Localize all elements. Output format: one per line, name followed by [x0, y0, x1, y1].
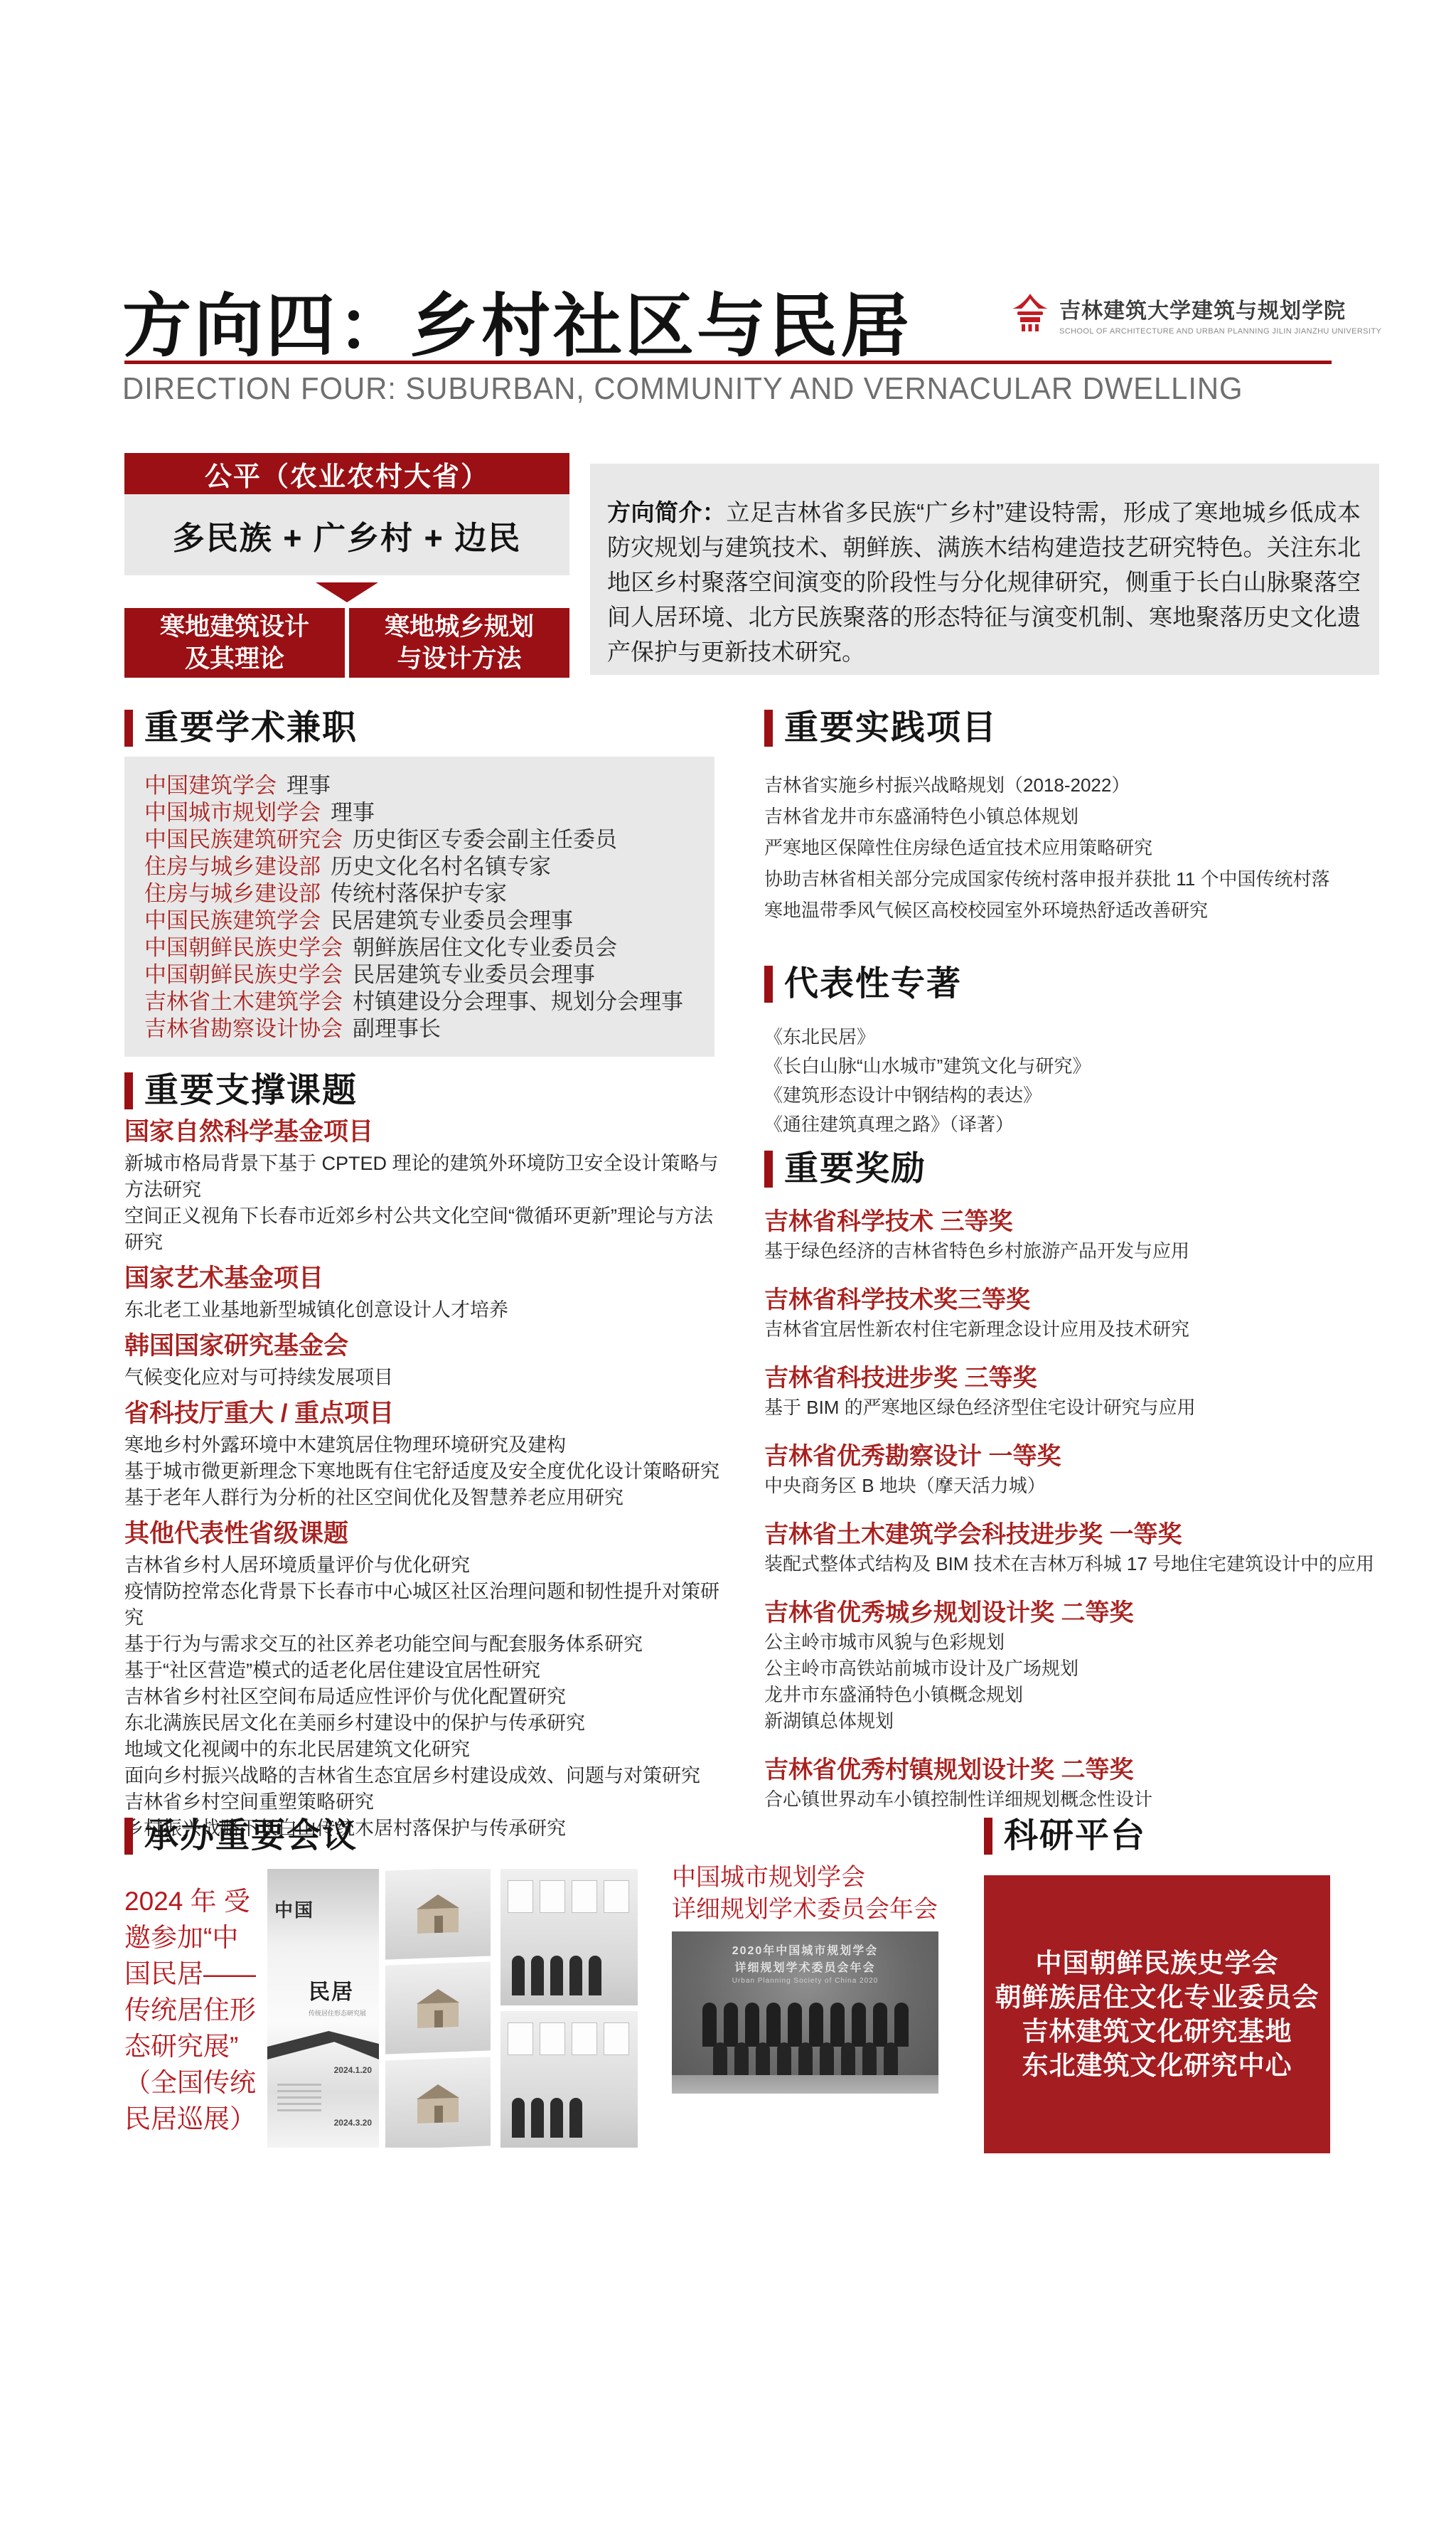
award-entry: 吉林省科学技术 三等奖 基于绿色经济的吉林省特色乡村旅游产品开发与应用 — [764, 1208, 1379, 1264]
academic-position-item: 中国朝鲜民族史学会朝鲜族居住文化专业委员会 — [144, 934, 702, 961]
topic-group-items: 新城市格局背景下基于 CPTED 理论的建筑外环境防卫安全设计策略与方法研究 空… — [124, 1151, 725, 1256]
section-header-meetings: 承办重要会议 — [124, 1818, 358, 1855]
photo-banner-line2: 详细规划学术委员会年会 — [672, 1958, 938, 1975]
organization-name: 中国城市规划学会 — [144, 800, 321, 825]
academic-position-item: 住房与城乡建设部历史文化名村名镇专家 — [144, 853, 702, 880]
left-column: 重要学术兼职 中国建筑学会理事 中国城市规划学会理事 中国民族建筑研究会历史街区… — [124, 710, 725, 1842]
position-role: 理事 — [331, 800, 375, 825]
position-role: 副理事长 — [353, 1016, 441, 1041]
academic-position-item: 住房与城乡建设部传统村落保护专家 — [144, 880, 702, 907]
position-role: 传统村落保护专家 — [331, 881, 507, 906]
position-role: 理事 — [287, 773, 331, 798]
red-bar-icon — [764, 1151, 773, 1188]
poster-word-2: 民居 — [309, 1974, 354, 2005]
award-projects: 公主岭市城市风貌与色彩规划 公主岭市高铁站前城市设计及广场规划 龙井市东盛涌特色… — [764, 1629, 1379, 1734]
topic-group-name: 国家艺术基金项目 — [124, 1263, 725, 1294]
red-bar-icon — [984, 1818, 992, 1855]
award-title: 吉林省科技进步奖 三等奖 — [764, 1364, 1379, 1392]
position-role: 朝鲜族居住文化专业委员会 — [353, 935, 617, 960]
topic-group-items: 气候变化应对与可持续发展项目 — [124, 1365, 725, 1391]
red-bar-icon — [764, 966, 773, 1003]
front-row-people — [672, 2042, 938, 2075]
model-photo — [385, 2057, 491, 2148]
award-title: 吉林省土木建筑学会科技进步奖 一等奖 — [764, 1520, 1379, 1549]
academic-position-item: 中国民族建筑学会民居建筑专业委员会理事 — [144, 907, 702, 934]
logo-cn-text: 吉林建筑大学建筑与规划学院 — [1059, 293, 1381, 324]
diagram-left-box: 寒地建筑设计 及其理论 — [124, 608, 345, 678]
model-photo — [385, 1869, 491, 1960]
red-bar-icon — [124, 1072, 133, 1109]
position-role: 民居建筑专业委员会理事 — [353, 962, 595, 987]
poster-subtitle: 传统居住形态研究展 — [309, 2008, 366, 2017]
logo-text-block: 吉林建筑大学建筑与规划学院 SCHOOL OF ARCHITECTURE AND… — [1059, 293, 1381, 336]
topic-group-items: 东北老工业基地新型城镇化创意设计人才培养 — [124, 1297, 725, 1323]
academic-positions-panel: 中国建筑学会理事 中国城市规划学会理事 中国民族建筑研究会历史街区专委会副主任委… — [124, 757, 714, 1057]
exhibition-poster-image: 中国 民居 传统居住形态研究展 2024.1.20 2024.3.20 — [267, 1869, 379, 2148]
academic-position-item: 吉林省土木建筑学会村镇建设分会理事、规划分会理事 — [144, 988, 702, 1016]
photo-banner-line1: 2020年中国城市规划学会 — [672, 1941, 938, 1958]
topic-group-items: 寒地乡村外露环境中木建筑居住物理环境研究及建构 基于城市微更新理念下寒地既有住宅… — [124, 1432, 725, 1511]
diagram-right-box: 寒地城乡规划 与设计方法 — [349, 608, 569, 678]
position-role: 村镇建设分会理事、规划分会理事 — [353, 989, 683, 1014]
poster-word-1: 中国 — [274, 1896, 314, 1922]
diagram-top-box: 公平（农业农村大省） — [124, 453, 569, 494]
organization-name: 中国建筑学会 — [144, 773, 277, 798]
organization-name: 吉林省勘察设计协会 — [144, 1016, 343, 1041]
research-platform-panel: 中国朝鲜民族史学会 朝鲜族居住文化专业委员会 吉林建筑文化研究基地 东北建筑文化… — [984, 1875, 1330, 2153]
model-photos-strip — [385, 1869, 491, 2148]
exhibition-photo — [500, 2011, 638, 2148]
organization-name: 住房与城乡建设部 — [144, 854, 321, 879]
topic-group-name: 省科技厅重大 / 重点项目 — [124, 1398, 725, 1429]
organization-name: 吉林省土木建筑学会 — [144, 989, 343, 1014]
award-projects: 吉林省宜居性新农村住宅新理念设计应用及技术研究 — [764, 1316, 1379, 1343]
exhibition-photo — [500, 1869, 638, 2005]
logo-en-text: SCHOOL OF ARCHITECTURE AND URBAN PLANNIN… — [1059, 327, 1381, 336]
university-logo: 吉林建筑大学建筑与规划学院 SCHOOL OF ARCHITECTURE AND… — [1011, 293, 1381, 336]
award-title: 吉林省科学技术 三等奖 — [764, 1208, 1379, 1236]
down-arrow-icon — [316, 582, 378, 602]
award-title: 吉林省优秀城乡规划设计奖 二等奖 — [764, 1599, 1379, 1627]
academic-position-item: 中国民族建筑研究会历史街区专委会副主任委员 — [144, 826, 702, 853]
section-header-books: 代表性专著 — [764, 966, 1379, 1003]
award-entry: 吉林省优秀勘察设计 一等奖 中央商务区 B 地块（摩天活力城） — [764, 1442, 1379, 1499]
award-title: 吉林省优秀村镇规划设计奖 二等奖 — [764, 1756, 1379, 1784]
organization-name: 中国民族建筑研究会 — [144, 827, 343, 852]
topic-group: 国家艺术基金项目 东北老工业基地新型城镇化创意设计人才培养 — [124, 1263, 725, 1323]
academic-position-item: 中国城市规划学会理事 — [144, 799, 702, 826]
award-projects: 基于绿色经济的吉林省特色乡村旅游产品开发与应用 — [764, 1238, 1379, 1264]
award-entry: 吉林省土木建筑学会科技进步奖 一等奖 装配式整体式结构及 BIM 技术在吉林万科… — [764, 1520, 1379, 1577]
position-role: 历史文化名村名镇专家 — [331, 854, 551, 879]
upsc-annual-meeting-title: 中国城市规划学会 详细规划学术委员会年会 — [672, 1862, 938, 1926]
right-column: 重要实践项目 吉林省实施乡村振兴战略规划（2018-2022） 吉林省龙井市东盛… — [764, 710, 1379, 1834]
poster-date-end: 2024.3.20 — [334, 2118, 372, 2128]
photo-floor — [672, 2075, 938, 2094]
poster-text-lines — [267, 2079, 321, 2111]
section-header-topics: 重要支撑课题 — [124, 1072, 725, 1109]
pavilion-logo-icon — [1011, 293, 1049, 333]
section-header-awards: 重要奖励 — [764, 1151, 1379, 1188]
red-bar-icon — [764, 710, 773, 747]
model-photo — [385, 1962, 491, 2054]
topic-group-items: 吉林省乡村人居环境质量评价与优化研究 疫情防控常态化背景下长春市中心城区社区治理… — [124, 1552, 725, 1842]
red-bar-icon — [124, 710, 133, 747]
section-header-academic: 重要学术兼职 — [124, 710, 725, 747]
strategy-diagram: 公平（农业农村大省） 多民族 + 广乡村 + 边民 寒地建筑设计 及其理论 寒地… — [124, 453, 569, 678]
topic-group: 其他代表性省级课题 吉林省乡村人居环境质量评价与优化研究 疫情防控常态化背景下长… — [124, 1518, 725, 1842]
section-header-platform: 科研平台 — [984, 1818, 1146, 1855]
topic-group: 省科技厅重大 / 重点项目 寒地乡村外露环境中木建筑居住物理环境研究及建构 基于… — [124, 1398, 725, 1511]
topic-group-name: 其他代表性省级课题 — [124, 1518, 725, 1550]
photo-banner-line3: Urban Planning Society of China 2020 — [672, 1977, 938, 1985]
intro-label: 方向简介： — [607, 499, 726, 526]
award-entry: 吉林省优秀村镇规划设计奖 二等奖 合心镇世界动车小镇控制性详细规划概念性设计 — [764, 1756, 1379, 1813]
exhibition-note-text: 2024 年 受 邀参加“中 国民居—— 传统居住形 态研究展” （全国传统 民… — [124, 1883, 267, 2137]
page-title: 方向四：乡村社区与民居 — [122, 270, 912, 370]
organization-name: 中国民族建筑学会 — [144, 908, 321, 933]
organization-name: 中国朝鲜民族史学会 — [144, 962, 343, 987]
topic-group-name: 国家自然科学基金项目 — [124, 1116, 725, 1148]
poster-date-start: 2024.1.20 — [334, 2065, 372, 2075]
section-header-practice: 重要实践项目 — [764, 710, 1379, 747]
organization-name: 住房与城乡建设部 — [144, 881, 321, 906]
research-platform-names: 中国朝鲜民族史学会 朝鲜族居住文化专业委员会 吉林建筑文化研究基地 东北建筑文化… — [995, 1946, 1319, 2083]
red-bar-icon — [124, 1818, 133, 1855]
position-role: 民居建筑专业委员会理事 — [331, 908, 573, 933]
direction-intro-panel: 方向简介：立足吉林省多民族“广乡村”建设特需，形成了寒地城乡低成本防灾规划与建筑… — [590, 464, 1379, 675]
award-entry: 吉林省科技进步奖 三等奖 基于 BIM 的严寒地区绿色经济型住宅设计研究与应用 — [764, 1364, 1379, 1421]
award-entry: 吉林省优秀城乡规划设计奖 二等奖 公主岭市城市风貌与色彩规划 公主岭市高铁站前城… — [764, 1599, 1379, 1734]
award-title: 吉林省优秀勘察设计 一等奖 — [764, 1442, 1379, 1471]
award-title: 吉林省科学技术奖三等奖 — [764, 1286, 1379, 1314]
page-subtitle-en: DIRECTION FOUR: SUBURBAN, COMMUNITY AND … — [122, 371, 1243, 407]
academic-position-item: 吉林省勘察设计协会副理事长 — [144, 1016, 702, 1043]
group-photo: 2020年中国城市规划学会 详细规划学术委员会年会 Urban Planning… — [672, 1931, 938, 2094]
academic-position-item: 中国朝鲜民族史学会民居建筑专业委员会理事 — [144, 961, 702, 988]
topic-group: 韩国国家研究基金会 气候变化应对与可持续发展项目 — [124, 1331, 725, 1391]
topic-group: 国家自然科学基金项目 新城市格局背景下基于 CPTED 理论的建筑外环境防卫安全… — [124, 1116, 725, 1256]
title-divider — [124, 361, 1332, 364]
practice-projects-list: 吉林省实施乡村振兴战略规划（2018-2022） 吉林省龙井市东盛涌特色小镇总体… — [764, 769, 1379, 926]
position-role: 历史街区专委会副主任委员 — [353, 827, 617, 852]
diagram-middle-box: 多民族 + 广乡村 + 边民 — [124, 494, 569, 575]
poster-roof-graphic — [267, 2031, 379, 2059]
award-projects: 装配式整体式结构及 BIM 技术在吉林万科城 17 号地住宅建筑设计中的应用 — [764, 1551, 1379, 1577]
exhibition-photos-strip — [500, 1869, 638, 2148]
back-row-people — [672, 2003, 938, 2047]
topics-list: 国家自然科学基金项目 新城市格局背景下基于 CPTED 理论的建筑外环境防卫安全… — [124, 1116, 725, 1842]
award-projects: 合心镇世界动车小镇控制性详细规划概念性设计 — [764, 1786, 1379, 1813]
award-projects: 基于 BIM 的严寒地区绿色经济型住宅设计研究与应用 — [764, 1395, 1379, 1421]
poster-page: 方向四：乡村社区与民居 吉林建筑大学建筑与规划学院 SCHOOL OF ARCH… — [0, 0, 1456, 2548]
award-projects: 中央商务区 B 地块（摩天活力城） — [764, 1473, 1379, 1499]
organization-name: 中国朝鲜民族史学会 — [144, 935, 343, 960]
academic-position-item: 中国建筑学会理事 — [144, 772, 702, 799]
award-entry: 吉林省科学技术奖三等奖 吉林省宜居性新农村住宅新理念设计应用及技术研究 — [764, 1286, 1379, 1343]
books-list: 《东北民居》 《长白山脉“山水城市”建筑文化与研究》 《建筑形态设计中钢结构的表… — [764, 1023, 1379, 1139]
topic-group-name: 韩国国家研究基金会 — [124, 1331, 725, 1362]
awards-list: 吉林省科学技术 三等奖 基于绿色经济的吉林省特色乡村旅游产品开发与应用 吉林省科… — [764, 1208, 1379, 1813]
